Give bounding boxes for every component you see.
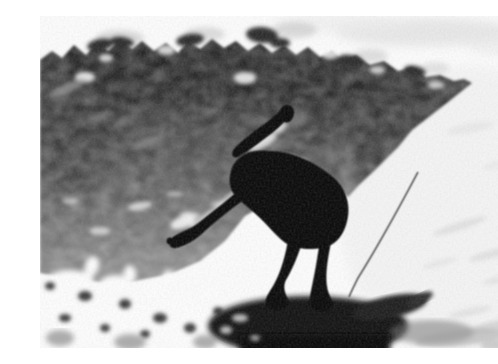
film-grain-overlay <box>40 16 498 348</box>
surf-photo-canvas <box>40 16 498 348</box>
surf-photo: Grainy black and white photograph of a s… <box>40 16 498 348</box>
